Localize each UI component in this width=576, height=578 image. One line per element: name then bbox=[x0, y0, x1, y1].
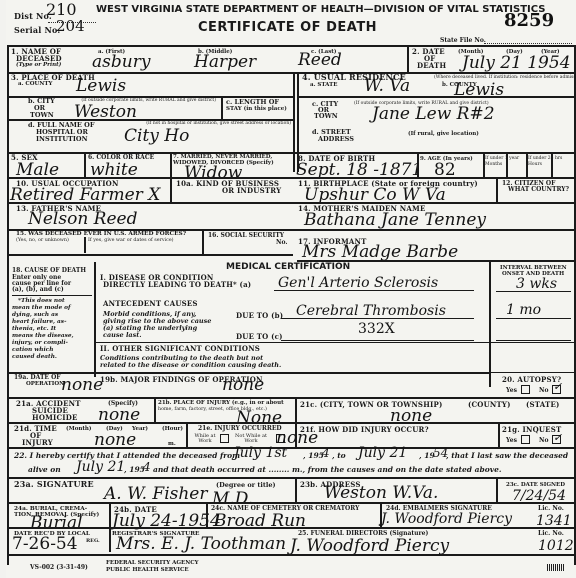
citizen-label-2: WHAT COUNTRY? bbox=[508, 187, 569, 193]
interval-b-value: 1 mo bbox=[506, 303, 541, 317]
informant-value: Mrs Madge Barbe bbox=[302, 244, 458, 261]
footnote-line: dying, such as bbox=[12, 312, 58, 319]
rule bbox=[94, 262, 96, 377]
name-label-2: DECEASED bbox=[16, 55, 62, 62]
rule bbox=[7, 447, 576, 449]
disease-label-2: DIRECTLY LEADING TO DEATH* (a) bbox=[103, 281, 251, 288]
rule bbox=[202, 229, 204, 254]
city-label-3: TOWN bbox=[30, 112, 54, 118]
footnote-line: means the disease, bbox=[12, 333, 74, 340]
place-of-injury-label: 21b. PLACE OF INJURY (e.g., in or about bbox=[158, 400, 284, 406]
accident-label-3: HOMICIDE bbox=[32, 414, 78, 421]
rule bbox=[186, 422, 188, 447]
length-of-stay-label-2: STAY (in this place) bbox=[226, 106, 287, 112]
local-date-label-2: REG. bbox=[86, 538, 100, 544]
certify-text-1c: , to bbox=[332, 452, 346, 460]
interval-a-value: 3 wks bbox=[516, 277, 557, 291]
residence-city-label-3: TOWN bbox=[314, 113, 338, 119]
not-while-at-work-label: Not While at Work bbox=[234, 434, 268, 444]
embalmer-lic-value: 1341 bbox=[536, 514, 572, 528]
burial-value: Burial bbox=[30, 515, 83, 532]
injury-occurred-label: 21e. INJURY OCCURRED bbox=[198, 426, 282, 432]
rule bbox=[295, 477, 297, 502]
rule bbox=[170, 152, 172, 177]
rule bbox=[498, 422, 500, 447]
armed-forces-sub1: (Yes, no, or unknown) bbox=[16, 238, 69, 244]
rule bbox=[496, 318, 571, 319]
rule bbox=[506, 152, 508, 177]
inquest-yes-checkbox[interactable] bbox=[521, 435, 530, 444]
rule bbox=[109, 527, 111, 552]
address-value: Weston W.Va. bbox=[324, 485, 438, 502]
footnote-line: injury, or compli- bbox=[12, 340, 68, 347]
rule bbox=[496, 291, 571, 292]
rule bbox=[109, 502, 111, 527]
funeral-lic-label: Lic. No. bbox=[538, 531, 564, 537]
rule bbox=[84, 237, 86, 253]
rule bbox=[281, 340, 474, 341]
cause-instructions-3: (a), (b), and (c) bbox=[12, 287, 64, 293]
attended-from-value: July 1st bbox=[234, 446, 287, 460]
form-number: VS-002 (3-31-49) bbox=[30, 565, 88, 571]
last-seen-alive-year: 4 bbox=[143, 461, 151, 473]
operation-date-label-2: OPERATION bbox=[26, 381, 64, 387]
rule bbox=[7, 422, 576, 424]
cause-c-value: 332X bbox=[358, 322, 395, 336]
other-conditions-label: II. OTHER SIGNIFICANT CONDITIONS bbox=[100, 345, 260, 352]
rule bbox=[170, 177, 172, 202]
under-day-label: If under 24 hrs Hours bbox=[528, 156, 568, 168]
footnote-line: *This does not bbox=[18, 298, 65, 305]
death-certificate: Dist No. 210 Serial No. 204 WEST VIRGINI… bbox=[6, 0, 576, 578]
hospital-label-3: INSTITUTION bbox=[36, 136, 88, 142]
stamp-number: 8259 bbox=[504, 10, 554, 31]
cause-b-value: Cerebral Thrombosis bbox=[296, 304, 446, 318]
signature-label: 23a. SIGNATURE bbox=[14, 481, 94, 488]
funeral-director-signature: J. Woodford Piercy bbox=[290, 538, 449, 555]
findings-value: none bbox=[222, 377, 264, 394]
operation-date-value: none bbox=[61, 377, 103, 394]
footnote-line: thenia, etc. It bbox=[12, 326, 56, 333]
injury-state-label: (STATE) bbox=[526, 401, 560, 408]
serial-no-value: 204 bbox=[56, 19, 85, 33]
rule bbox=[154, 397, 156, 422]
degree-label: (Degree or title) bbox=[216, 482, 276, 488]
first-name-value: asbury bbox=[92, 54, 150, 71]
social-security-label-2: No. bbox=[276, 240, 287, 246]
due-to-b-label: DUE TO (b) bbox=[236, 312, 283, 319]
footnote-line: caused death. bbox=[12, 354, 57, 361]
death-county-value: Lewis bbox=[76, 78, 126, 95]
antecedent-label: ANTECEDENT CAUSES bbox=[103, 300, 198, 307]
certify-text-2a: alive on bbox=[28, 466, 61, 474]
mother-value: Bathana Jane Tenney bbox=[304, 212, 486, 229]
autopsy-check-icon: ✓ bbox=[553, 381, 562, 392]
medical-section-title: MEDICAL CERTIFICATION bbox=[226, 262, 350, 272]
rule bbox=[274, 290, 474, 291]
armed-forces-label: 15. WAS DECEASED EVER IN U.S. ARMED FORC… bbox=[16, 231, 186, 237]
rule bbox=[574, 45, 576, 565]
residence-state-label: a. STATE bbox=[310, 82, 337, 88]
state-file-label: State File No. bbox=[440, 38, 486, 44]
length-of-stay-label: c. LENGTH OF bbox=[226, 99, 279, 105]
union-label-icon bbox=[547, 564, 565, 571]
rule bbox=[489, 372, 574, 373]
residence-state-value: W. Va bbox=[364, 78, 410, 95]
rule bbox=[221, 96, 223, 119]
last-name-value: Reed bbox=[298, 52, 342, 69]
inquest-yes-label: Yes bbox=[506, 438, 517, 444]
embalmer-signature: J. Woodford Piercy bbox=[381, 512, 512, 526]
rule bbox=[7, 254, 293, 256]
footnote-line: mean the mode of bbox=[12, 305, 71, 312]
rule bbox=[7, 554, 576, 556]
street-label-2: ADDRESS bbox=[318, 136, 354, 142]
rule bbox=[496, 340, 571, 341]
injury-county-label: (COUNTY) bbox=[468, 401, 511, 408]
registrar-signature: Mrs. E. J. Toothman bbox=[116, 536, 286, 553]
rule bbox=[7, 372, 489, 374]
rule bbox=[496, 477, 498, 502]
last-seen-alive-value: July 21 bbox=[76, 460, 125, 474]
autopsy-yes-checkbox[interactable] bbox=[521, 385, 530, 394]
social-security-label: 16. SOCIAL SECURITY bbox=[208, 233, 284, 239]
time-of-injury-label-3: INJURY bbox=[22, 439, 53, 446]
time-month-label: (Month) bbox=[66, 426, 92, 432]
father-value: Nelson Reed bbox=[28, 211, 138, 228]
attended-from-year: 4 bbox=[322, 447, 330, 459]
street-note: (If rural, give location) bbox=[408, 131, 479, 137]
rule bbox=[7, 527, 576, 529]
rule bbox=[7, 502, 576, 504]
armed-forces-sub2: If yes, give war or dates of service) bbox=[88, 238, 174, 244]
rule bbox=[7, 397, 576, 399]
embalmer-lic-label: Lic. No. bbox=[538, 506, 564, 512]
autopsy-no-label: No bbox=[539, 388, 549, 394]
due-to-c-label: DUE TO (c) bbox=[236, 333, 283, 340]
rule bbox=[12, 295, 92, 296]
rule bbox=[489, 262, 491, 387]
date-signed-value: 7/24/54 bbox=[512, 489, 566, 503]
local-date-value: 7-26-54 bbox=[12, 536, 78, 553]
rule bbox=[407, 45, 409, 72]
while-at-work-label: While at Work bbox=[192, 434, 218, 444]
serial-no-label: Serial No. bbox=[14, 27, 60, 34]
rule bbox=[417, 152, 419, 177]
residence-city-value: Jane Lew R#2 bbox=[372, 106, 495, 123]
certify-text-1b: , 195 bbox=[303, 452, 324, 460]
rule bbox=[7, 45, 576, 47]
state-file-underline bbox=[484, 43, 572, 44]
date-of-death-label-3: DEATH bbox=[417, 62, 446, 69]
other-conditions-desc-2: related to the disease or condition caus… bbox=[100, 361, 281, 369]
county-label: a. COUNTY bbox=[18, 81, 52, 87]
agency-title: WEST VIRGINIA STATE DEPARTMENT OF HEALTH… bbox=[96, 4, 545, 15]
physician-signature: A. W. Fisher bbox=[104, 486, 208, 503]
rule bbox=[297, 96, 574, 98]
certificate-title: CERTIFICATE OF DEATH bbox=[198, 20, 377, 35]
footer-agency: FEDERAL SECURITY AGENCY bbox=[106, 560, 199, 566]
footer-agency-2: PUBLIC HEALTH SERVICE bbox=[106, 567, 189, 573]
rule bbox=[551, 152, 553, 177]
antecedent-desc: cause last. bbox=[103, 331, 142, 339]
hospital-value: City Ho bbox=[124, 128, 189, 145]
inquest-no-label: No bbox=[539, 438, 549, 444]
certify-text-2b: , 195 bbox=[124, 466, 145, 474]
inquest-check-icon: ✓ bbox=[553, 432, 562, 443]
funeral-lic-value: 1012 bbox=[538, 539, 574, 553]
while-at-work-checkbox[interactable] bbox=[220, 434, 229, 443]
attended-to-value: July 21 bbox=[358, 446, 407, 460]
name-label-3: (Type or Print) bbox=[16, 62, 61, 68]
rule bbox=[7, 45, 9, 565]
cause-a-value: Gen'l Arterio Sclerosis bbox=[278, 276, 438, 290]
footnote-line: cation which bbox=[12, 347, 53, 354]
certify-text-1a: 22. I hereby certify that I attended the… bbox=[14, 452, 240, 460]
certify-text-2c: and that death occurred at ........ m., … bbox=[153, 466, 501, 474]
under-year-label: If under 1 year Months bbox=[485, 156, 525, 168]
how-injury-label: 21f. HOW DID INJURY OCCUR? bbox=[300, 426, 429, 433]
footnote-line: heart failure, as- bbox=[12, 319, 66, 326]
rule bbox=[84, 152, 86, 177]
rule bbox=[281, 318, 474, 319]
rule bbox=[496, 177, 498, 202]
time-hour-label: (Hour) bbox=[162, 426, 183, 432]
certify-text-1e: , that I last saw the deceased bbox=[446, 452, 568, 460]
business-label-2: OR INDUSTRY bbox=[222, 187, 281, 194]
rule bbox=[206, 502, 208, 527]
rule bbox=[94, 342, 574, 343]
rule bbox=[293, 72, 295, 172]
middle-name-value: Harper bbox=[194, 54, 256, 71]
autopsy-yes-label: Yes bbox=[506, 388, 517, 394]
dist-no-value: 210 bbox=[46, 3, 77, 17]
date-of-death-value: July 21 1954 bbox=[462, 55, 571, 72]
